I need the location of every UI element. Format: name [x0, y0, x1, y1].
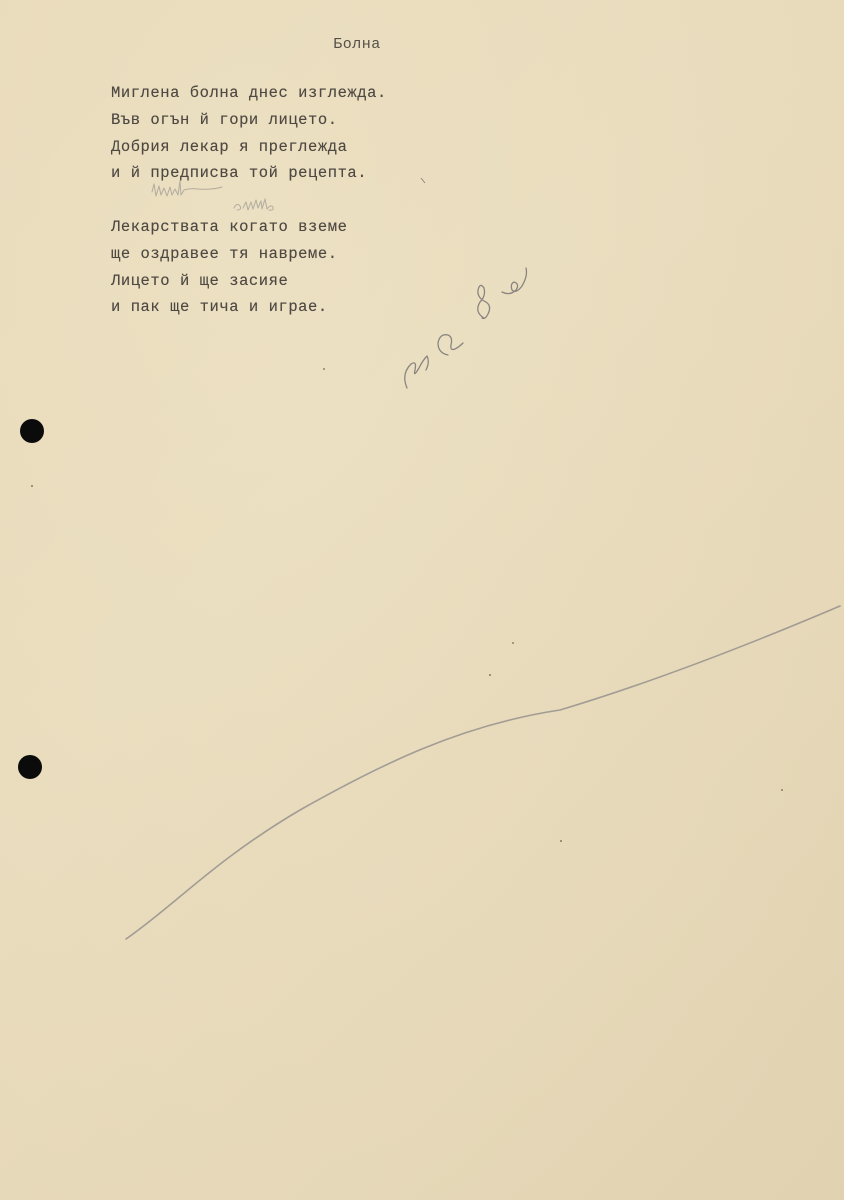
poem-title: Болна	[0, 36, 714, 53]
poem-line: и й предписва той рецепта.	[111, 160, 387, 187]
poem-line: Лицето й ще засияе	[111, 268, 347, 295]
punch-hole-bottom	[18, 755, 42, 779]
poem-line: Лекарствата когато вземе	[111, 214, 347, 241]
paper-speck	[323, 368, 325, 370]
poem-line: Във огън й гори лицето.	[111, 107, 387, 134]
poem-line: Миглена болна днес изглежда.	[111, 80, 387, 107]
document-page: Болна Миглена болна днес изглежда. Във о…	[0, 0, 844, 1200]
paper-speck	[781, 789, 783, 791]
paper-speck	[31, 485, 33, 487]
paper-speck	[512, 642, 514, 644]
poem-line: Добрия лекар я преглежда	[111, 134, 387, 161]
poem-line: ще оздравее тя навреме.	[111, 241, 347, 268]
poem-line: и пак ще тича и играе.	[111, 294, 347, 321]
pencil-diagonal-stroke	[126, 606, 840, 939]
paper-speck	[489, 674, 491, 676]
punch-hole-top	[20, 419, 44, 443]
pencil-handwriting-mark	[405, 268, 527, 388]
stanza-1: Миглена болна днес изглежда. Във огън й …	[111, 80, 387, 187]
stanza-2: Лекарствата когато вземе ще оздравее тя …	[111, 214, 347, 321]
paper-speck	[560, 840, 562, 842]
pencil-tick	[421, 178, 425, 183]
